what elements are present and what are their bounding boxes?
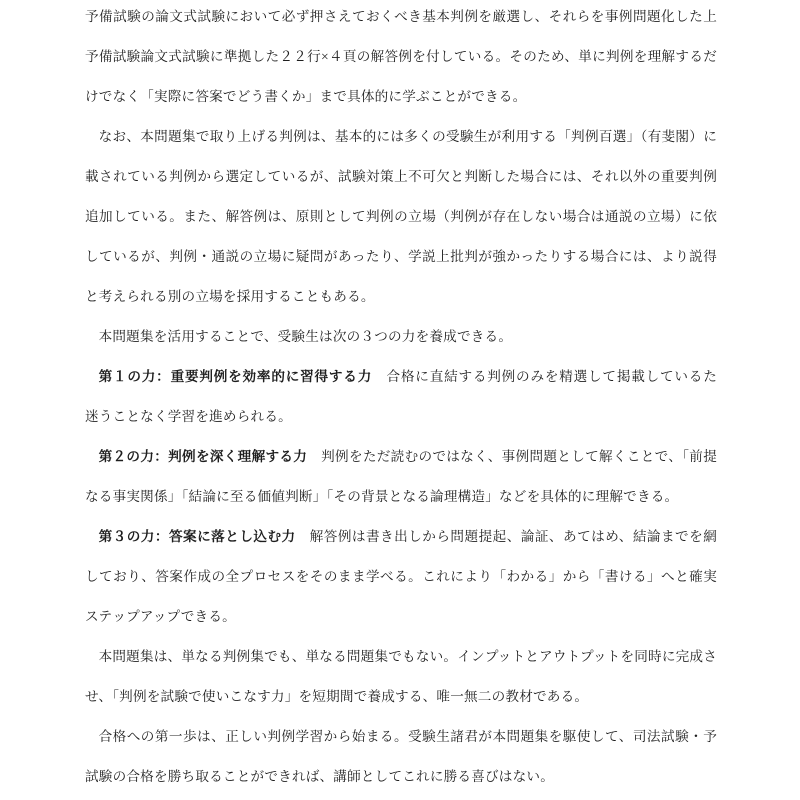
text-line: 第３の力：答案に落とし込む力 解答例は書き出しから問題提起、論証、あてはめ、結論… xyxy=(85,517,717,557)
text-line: けでなく「実際に答案でどう書くか」まで具体的に学ぶことができる。 xyxy=(85,77,717,117)
emphasis-heading-text: 第１の力：重要判例を効率的に習得する力 xyxy=(99,369,373,384)
text-line: 迷うことなく学習を進められる。 xyxy=(85,397,717,437)
emphasis-heading-text: 第２の力：判例を深く理解する力 xyxy=(99,449,308,464)
text-line: 本問題集は、単なる判例集でも、単なる問題集でもない。インプットとアウトプットを同… xyxy=(85,637,717,677)
text-line: せ、「判例を試験で使いこなす力」を短期間で養成する、唯一無二の教材である。 xyxy=(85,677,717,717)
text-line: 試験の合格を勝ち取ることができれば、講師としてこれに勝る喜びはない。 xyxy=(85,757,717,797)
body-text-segment: 試験の合格を勝ち取ることができれば、講師としてこれに勝る喜びはない。 xyxy=(85,769,554,784)
text-line: なる事実関係」「結論に至る価値判断」「その背景となる論理構造」などを具体的に理解… xyxy=(85,477,717,517)
text-line: 第１の力：重要判例を効率的に習得する力 合格に直結する判例のみを精選して掲載して… xyxy=(85,357,717,397)
body-text-segment: 予備試験論文式試験に準拠した２２行×４頁の解答例を付している。そのため、単に判例… xyxy=(85,49,717,64)
body-text-segment: 予備試験の論文式試験において必ず押さえておくべき基本判例を厳選し、それらを事例問… xyxy=(85,9,717,37)
text-line: 第２の力：判例を深く理解する力 判例をただ読むのではなく、事例問題として解くこと… xyxy=(85,437,717,477)
text-line: なお、本問題集で取り上げる判例は、基本的には多くの受験生が利用する「判例百選」（… xyxy=(85,117,717,157)
emphasis-heading-text: 第３の力：答案に落とし込む力 xyxy=(99,529,296,544)
body-text-segment: ステップアップできる。 xyxy=(85,609,236,624)
body-text-segment: と考えられる別の立場を採用することもある。 xyxy=(85,289,375,304)
body-text-segment: しており、答案作成の全プロセスをそのまま学べる。これにより「わかる」から「書ける… xyxy=(85,569,717,597)
text-line: と考えられる別の立場を採用することもある。 xyxy=(85,277,717,317)
text-line: 合格への第一歩は、正しい判例学習から始まる。受験生諸君が本問題集を駆使して、司法… xyxy=(85,717,717,757)
body-text-segment: 載されている判例から選定しているが、試験対策上不可欠と判断した場合には、それ以外… xyxy=(85,169,717,197)
body-text-segment: しているが、判例・通説の立場に疑問があったり、学説上批判が強かったりする場合には… xyxy=(85,249,717,277)
text-line: 本問題集を活用することで、受験生は次の３つの力を養成できる。 xyxy=(85,317,717,357)
body-text-segment: なる事実関係」「結論に至る価値判断」「その背景となる論理構造」などを具体的に理解… xyxy=(85,489,678,504)
text-line: しているが、判例・通説の立場に疑問があったり、学説上批判が強かったりする場合には… xyxy=(85,237,717,277)
body-text-segment: けでなく「実際に答案でどう書くか」まで具体的に学ぶことができる。 xyxy=(85,89,526,104)
body-text-segment: 迷うことなく学習を進められる。 xyxy=(85,409,292,424)
body-text: 予備試験の論文式試験において必ず押さえておくべき基本判例を厳選し、それらを事例問… xyxy=(85,0,717,797)
body-text-segment: 本問題集を活用することで、受験生は次の３つの力を養成できる。 xyxy=(99,329,513,344)
body-text-segment: 追加している。また、解答例は、原則として判例の立場（判例が存在しない場合は通説の… xyxy=(85,209,717,237)
text-line: ステップアップできる。 xyxy=(85,597,717,637)
text-line: 載されている判例から選定しているが、試験対策上不可欠と判断した場合には、それ以外… xyxy=(85,157,717,197)
text-line: しており、答案作成の全プロセスをそのまま学べる。これにより「わかる」から「書ける… xyxy=(85,557,717,597)
body-text-segment: なお、本問題集で取り上げる判例は、基本的には多くの受験生が利用する「判例百選」（… xyxy=(85,129,717,157)
text-line: 予備試験論文式試験に準拠した２２行×４頁の解答例を付している。そのため、単に判例… xyxy=(85,37,717,77)
text-line: 予備試験の論文式試験において必ず押さえておくべき基本判例を厳選し、それらを事例問… xyxy=(85,0,717,37)
body-text-segment: せ、「判例を試験で使いこなす力」を短期間で養成する、唯一無二の教材である。 xyxy=(85,689,588,704)
text-line: 追加している。また、解答例は、原則として判例の立場（判例が存在しない場合は通説の… xyxy=(85,197,717,237)
document-page: 予備試験の論文式試験において必ず押さえておくべき基本判例を厳選し、それらを事例問… xyxy=(0,0,800,800)
body-text-segment: 本問題集は、単なる判例集でも、単なる問題集でもない。インプットとアウトプットを同… xyxy=(99,649,717,664)
body-text-segment: 合格への第一歩は、正しい判例学習から始まる。受験生諸君が本問題集を駆使して、司法… xyxy=(85,729,717,757)
